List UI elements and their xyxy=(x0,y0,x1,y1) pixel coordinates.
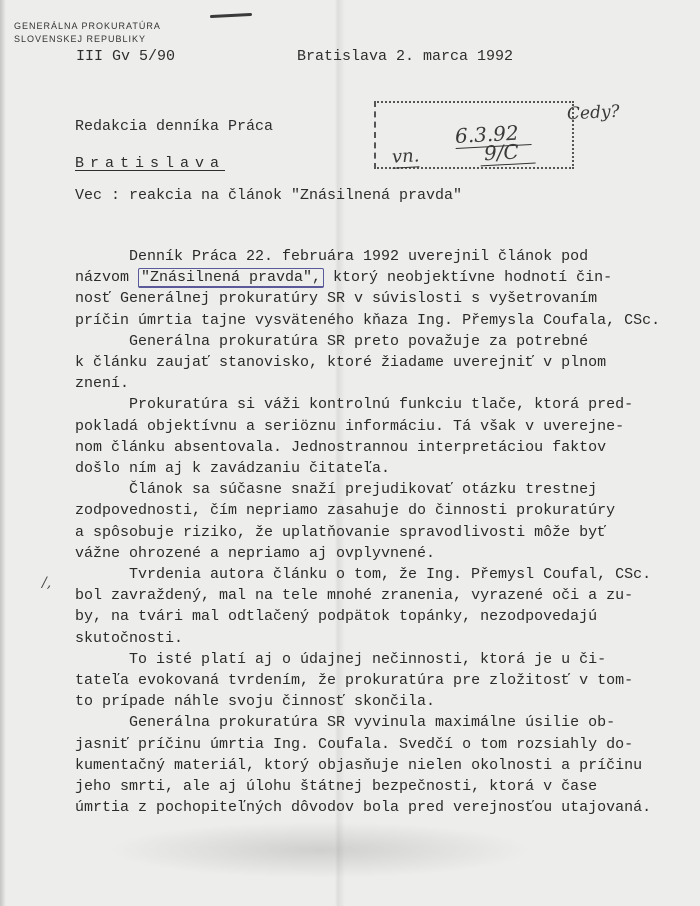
handwritten-number: 9/C xyxy=(479,139,535,167)
text-line: znení. xyxy=(75,373,700,394)
paragraph: To isté platí aj o údajnej nečinnosti, k… xyxy=(75,649,700,713)
handwritten-note: Cedy? xyxy=(567,102,621,125)
text-line: To isté platí aj o údajnej nečinnosti, k… xyxy=(75,649,700,670)
text-line: tateľa evokovaná tvrdením, že prokuratúr… xyxy=(75,670,700,691)
letterhead-line-1: Generálna prokuratúra xyxy=(14,20,161,33)
text-line: jasniť príčinu úmrtia Ing. Coufala. Sved… xyxy=(75,734,700,755)
margin-pen-mark: /, xyxy=(42,575,51,591)
text-line: by, na tvári mal odtlačený podpätok topá… xyxy=(75,606,700,627)
paragraph: Denník Práca 22. februára 1992 uverejnil… xyxy=(75,246,700,331)
text-line: Prokuratúra si váži kontrolnú funkciu tl… xyxy=(75,394,700,415)
letter-body: Denník Práca 22. februára 1992 uverejnil… xyxy=(75,246,700,818)
recipient-city: Bratislava xyxy=(75,155,225,172)
paragraph: Generálna prokuratúra SR preto považuje … xyxy=(75,331,700,395)
text-line: kumentačný materiál, ktorý objasňuje nie… xyxy=(75,755,700,776)
paragraph: Generálna prokuratúra SR vyvinula maximá… xyxy=(75,712,700,818)
text-line: vážne ohrozené a nepriamo aj ovplyvnené. xyxy=(75,543,700,564)
scanned-letter-page: Generálna prokuratúra Slovenskej republi… xyxy=(0,0,700,906)
text-line: Článok sa súčasne snaží prejudikovať otá… xyxy=(75,479,700,500)
text-line: a spôsobuje riziko, že uplatňovanie spra… xyxy=(75,522,700,543)
text-line: Generálna prokuratúra SR preto považuje … xyxy=(75,331,700,352)
text-line: nom článku absentovala. Jednostrannou in… xyxy=(75,437,700,458)
pen-highlighted-title: "Znásilnená pravda", xyxy=(138,268,324,288)
text-line: názvom "Znásilnená pravda", ktorý neobje… xyxy=(75,267,700,288)
recipient-name: Redakcia denníka Práca xyxy=(75,118,273,135)
text-line: zodpovednosti, čím nepriamo zasahuje do … xyxy=(75,500,700,521)
text-line: pokladá objektívnu a seriöznu informáciu… xyxy=(75,416,700,437)
text-line: príčin úmrtia tajne vysväteného kňaza In… xyxy=(75,310,700,331)
text-line: došlo ním aj k zavádzaniu čitateľa. xyxy=(75,458,700,479)
letterhead-line-2: Slovenskej republiky xyxy=(14,33,161,46)
text-line: bol zavraždený, mal na tele mnohé zranen… xyxy=(75,585,700,606)
paragraph: Tvrdenia autora článku o tom, že Ing. Př… xyxy=(75,564,700,649)
text-line: Denník Práca 22. februára 1992 uverejnil… xyxy=(75,246,700,267)
text-line: to prípade náhle svoju činnosť skončila. xyxy=(75,691,700,712)
text-line: jeho smrti, ale aj úlohu štátnej bezpečn… xyxy=(75,776,700,797)
subject-line: Vec : reakcia na článok "Znásilnená prav… xyxy=(75,187,462,204)
paragraph: Prokuratúra si váži kontrolnú funkciu tl… xyxy=(75,394,700,479)
scan-edge-shadow xyxy=(0,0,6,906)
paragraph: Článok sa súčasne snaží prejudikovať otá… xyxy=(75,479,700,564)
text-line: Generálna prokuratúra SR vyvinula maximá… xyxy=(75,712,700,733)
text-line: k článku zaujať stanovisko, ktoré žiadam… xyxy=(75,352,700,373)
text-line: skutočnosti. xyxy=(75,628,700,649)
letterhead: Generálna prokuratúra Slovenskej republi… xyxy=(14,20,161,46)
text-line: úmrtia z pochopiteľných dôvodov bola pre… xyxy=(75,797,700,818)
letter-date: Bratislava 2. marca 1992 xyxy=(297,48,513,65)
reference-number: III Gv 5/90 xyxy=(76,48,175,65)
text-line: Tvrdenia autora článku o tom, že Ing. Př… xyxy=(75,564,700,585)
staple-mark xyxy=(210,13,252,18)
handwritten-initials: vn. xyxy=(391,145,420,168)
text-line: nosť Generálnej prokuratúry SR v súvislo… xyxy=(75,288,700,309)
